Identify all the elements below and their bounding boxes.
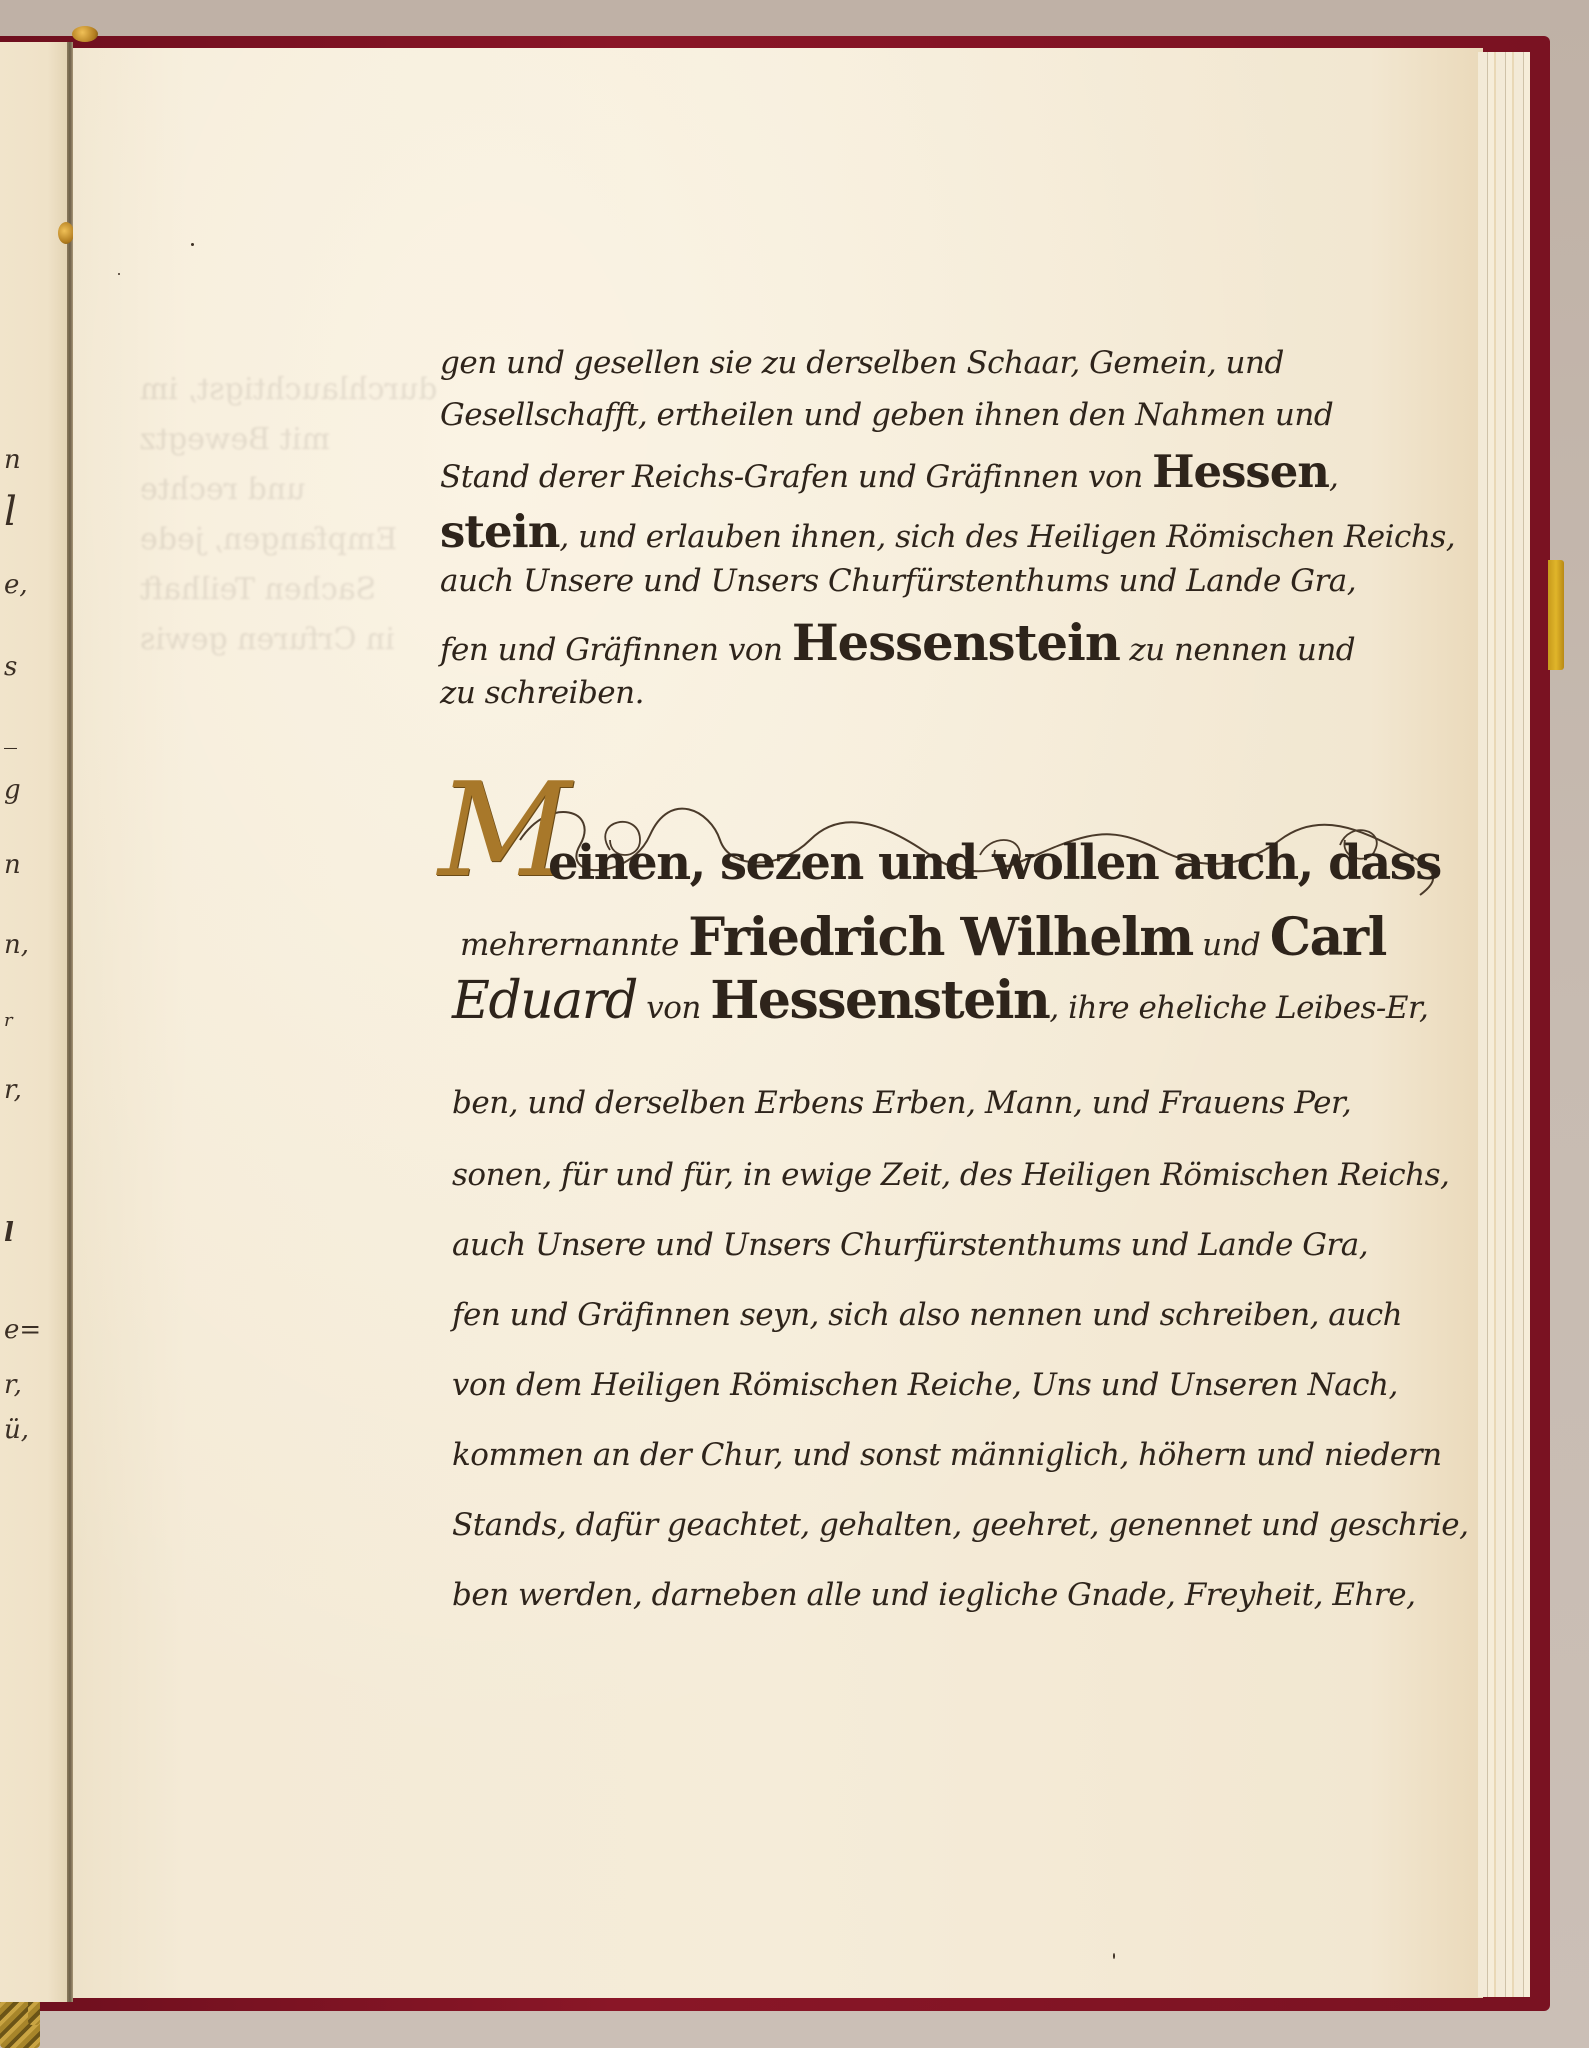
- text-line-1: gen und gesellen sie zu derselben Schaar…: [440, 345, 1284, 381]
- text-span: Stand derer Reichs-Grafen und Gräfinnen …: [440, 459, 1152, 495]
- binding-knot-top: [72, 26, 98, 42]
- text-span: von: [637, 990, 710, 1026]
- text-line-16: kommen an der Chur, und sonst männiglich…: [452, 1437, 1442, 1473]
- page-edges: [1478, 52, 1530, 1997]
- left-page-fragment: e,: [4, 572, 28, 598]
- left-page-fragment: r,: [4, 1077, 22, 1103]
- text-line-17: Stands, dafür geachtet, gehalten, geehre…: [452, 1507, 1468, 1543]
- emphasized-name: Eduard: [452, 971, 637, 1031]
- text-line-9: mehrernannte Friedrich Wilhelm und Carl: [460, 907, 1386, 968]
- text-line-15: von dem Heiligen Römischen Reiche, Uns u…: [452, 1367, 1398, 1403]
- left-page-fragment: g: [4, 777, 21, 803]
- paper-speck: [191, 243, 194, 246]
- text-span: und: [1193, 927, 1270, 963]
- show-through-text: mit Bewegtz: [140, 422, 330, 457]
- emphasized-name: Hessen: [1152, 445, 1329, 498]
- text-span: ,: [1329, 459, 1338, 495]
- text-line-3: Stand derer Reichs-Grafen und Gräfinnen …: [440, 445, 1338, 498]
- binding-knot: [58, 222, 74, 244]
- text-line-10: Eduard von Hessenstein, ihre eheliche Le…: [452, 970, 1428, 1031]
- left-page-fragment: n,: [4, 932, 29, 958]
- show-through-text: in Crfuren gewis: [140, 622, 395, 657]
- left-page-fragment: _: [4, 722, 17, 748]
- paper-speck: [1113, 1953, 1115, 1959]
- emphasized-name: Hessenstein: [710, 970, 1049, 1031]
- left-page-fragment: l: [4, 1220, 14, 1246]
- left-page-fragment: l: [4, 492, 17, 532]
- bookmark-ribbon: [1548, 560, 1564, 670]
- text-line-2: Gesellschafft, ertheilen und geben ihnen…: [440, 397, 1333, 433]
- text-line-6: fen und Gräfinnen von Hessenstein zu nen…: [440, 613, 1355, 672]
- left-page: n l e, s _ g n n, r r, l e= r, ü,: [0, 42, 68, 2002]
- left-page-fragment: r,: [4, 1372, 22, 1398]
- text-span: mehrernannte: [460, 927, 688, 963]
- left-page-fragment: n: [4, 447, 21, 473]
- show-through-text: durchlauchtigst, im: [140, 372, 437, 407]
- emphasized-name: Hessenstein: [792, 613, 1120, 672]
- left-page-fragment: n: [4, 852, 21, 878]
- text-line-5: auch Unsere und Unsers Churfürstenthums …: [440, 563, 1356, 599]
- left-page-fragment: r: [4, 1012, 13, 1030]
- text-span: fen und Gräfinnen von: [440, 632, 792, 668]
- text-line-18: ben werden, darneben alle und iegliche G…: [452, 1577, 1415, 1613]
- emphasized-name: Friedrich Wilhelm: [688, 907, 1192, 968]
- text-line-12: sonen, für und für, in ewige Zeit, des H…: [452, 1157, 1449, 1193]
- text-line-13: auch Unsere und Unsers Churfürstenthums …: [452, 1227, 1368, 1263]
- text-span: zu nennen und: [1120, 632, 1355, 668]
- text-line-8-heading: einen, sezen und wollen auch, dass: [548, 835, 1441, 891]
- left-page-fragment: e=: [4, 1317, 41, 1343]
- text-line-7: zu schreiben.: [440, 675, 644, 711]
- show-through-text: und rechte: [140, 472, 305, 507]
- text-line-11: ben, und derselben Erbens Erben, Mann, u…: [452, 1085, 1351, 1121]
- show-through-text: Empfangen, jede: [140, 522, 397, 557]
- text-line-14: fen und Gräfinnen seyn, sich also nennen…: [452, 1297, 1402, 1333]
- emphasized-name: Carl: [1270, 907, 1386, 968]
- paper-speck: [118, 273, 120, 275]
- text-span: , und erlauben ihnen, sich des Heiligen …: [559, 519, 1455, 555]
- emphasized-name: stein: [440, 505, 559, 558]
- left-page-fragment: ü,: [4, 1417, 29, 1443]
- show-through-text: Sachen Teilhaft: [140, 572, 376, 607]
- text-span: , ihre eheliche Leibes-Er,: [1049, 990, 1428, 1026]
- text-line-4: stein, und erlauben ihnen, sich des Heil…: [440, 505, 1455, 558]
- left-page-fragment: s: [4, 654, 17, 680]
